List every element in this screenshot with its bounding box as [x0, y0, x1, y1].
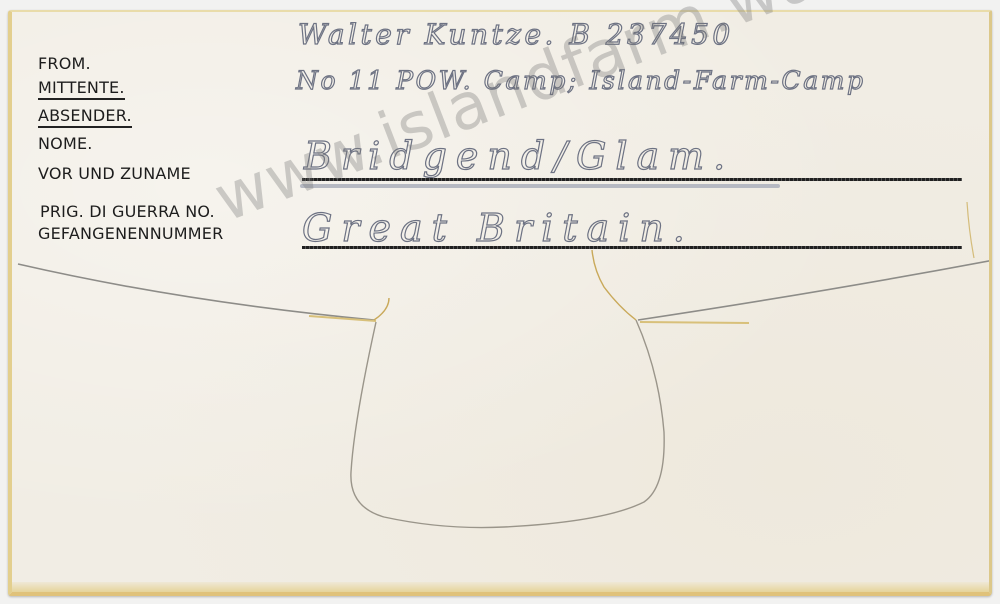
pencil-stroke	[300, 184, 780, 188]
handwritten-camp: No 11 POW. Camp; Island-Farm-Camp	[296, 66, 866, 95]
handwritten-town: Bridgend/Glam.	[304, 134, 734, 178]
label-vor-und-zuname: VOR UND ZUNAME	[38, 166, 191, 182]
letter-card: FROM. MITTENTE. ABSENDER. NOME. VOR UND …	[8, 10, 992, 596]
address-rule-1	[302, 178, 962, 181]
label-nome: NOME.	[38, 136, 93, 152]
aged-bottom-edge	[12, 582, 989, 592]
scan-frame: FROM. MITTENTE. ABSENDER. NOME. VOR UND …	[0, 0, 1000, 604]
label-gefangenennummer: GEFANGENENNUMMER	[38, 226, 223, 242]
flap-cut-outline	[8, 10, 992, 596]
label-prig-di-guerra: PRIG. DI GUERRA NO.	[40, 204, 215, 220]
address-rule-2	[302, 246, 962, 249]
label-absender: ABSENDER.	[38, 108, 132, 128]
handwritten-country: Great Britain.	[302, 206, 694, 250]
label-mittente: MITTENTE.	[38, 80, 125, 100]
handwritten-name-number: Walter Kuntze. B 237450	[298, 18, 734, 51]
label-from: FROM.	[38, 56, 91, 72]
